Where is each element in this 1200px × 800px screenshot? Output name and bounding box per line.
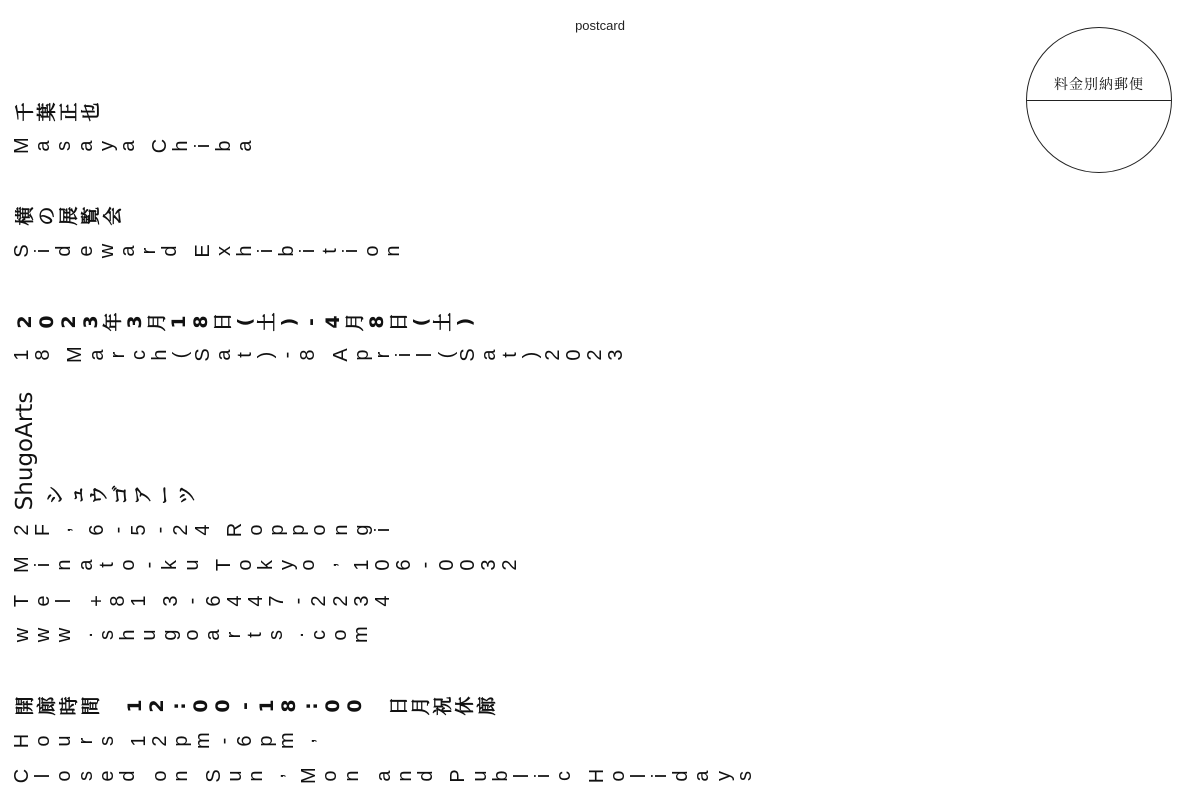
glyph: 4: [225, 593, 245, 609]
glyph: 1: [352, 557, 372, 573]
glyph: C: [150, 138, 170, 154]
glyph: [367, 695, 387, 717]
glyph: 休: [455, 695, 475, 717]
glyph: n: [383, 243, 403, 259]
glyph: i: [373, 522, 393, 538]
glyph: 2: [309, 593, 329, 609]
glyph: r: [76, 733, 96, 749]
glyph: i: [298, 243, 318, 259]
glyph: .: [287, 627, 307, 643]
glyph: ): [521, 347, 541, 363]
glyph: g: [352, 522, 372, 538]
glyph: -: [415, 557, 435, 573]
glyph: t: [245, 627, 265, 643]
glyph: R: [225, 522, 245, 538]
glyph: 正: [59, 101, 79, 123]
glyph: o: [608, 768, 628, 784]
glyph: :: [169, 695, 189, 717]
glyph: p: [256, 733, 276, 749]
glyph: シ: [45, 484, 65, 506]
glyph: 1: [129, 733, 149, 749]
artist-name-en: Masaya Chiba: [14, 133, 258, 159]
glyph: o: [309, 522, 329, 538]
glyph: 月: [411, 695, 431, 717]
glyph: 日: [213, 311, 233, 333]
glyph: 1: [125, 695, 145, 717]
glyph: A: [331, 347, 351, 363]
glyph: o: [150, 768, 170, 784]
glyph: r: [139, 243, 159, 259]
glyph: 8: [367, 311, 387, 333]
glyph: s: [735, 768, 755, 784]
closed-days-en: Closed on Sun, Mon and Public Holidays: [14, 763, 758, 789]
glyph: 6: [87, 522, 107, 538]
glyph: a: [203, 627, 223, 643]
glyph: (: [171, 347, 191, 363]
glyph: u: [139, 627, 159, 643]
glyph: m: [351, 627, 371, 643]
glyph: 2: [543, 347, 563, 363]
glyph: 0: [191, 695, 211, 717]
glyph: 0: [323, 695, 343, 717]
glyph: -: [108, 522, 128, 538]
glyph: .: [76, 627, 96, 643]
glyph: 祝: [433, 695, 453, 717]
glyph: 2: [331, 593, 351, 609]
glyph: 2: [585, 347, 605, 363]
glyph: y: [97, 138, 117, 154]
glyph: M: [12, 557, 32, 573]
glyph: 土: [257, 311, 277, 333]
glyph: m: [193, 733, 213, 749]
glyph: i: [193, 138, 213, 154]
glyph: C: [12, 768, 32, 784]
glyph: T: [214, 557, 234, 573]
glyph: n: [331, 522, 351, 538]
glyph: 3: [479, 557, 499, 573]
glyph: ウ: [89, 484, 109, 506]
glyph: h: [171, 138, 191, 154]
glyph: n: [246, 768, 266, 784]
glyph: a: [374, 768, 394, 784]
glyph: d: [54, 243, 74, 259]
glyph: 3: [81, 311, 101, 333]
glyph: l: [512, 768, 532, 784]
glyph: y: [714, 768, 734, 784]
glyph: 時: [59, 695, 79, 717]
glyph: S: [204, 768, 224, 784]
glyph: 間: [81, 695, 101, 717]
glyph: c: [129, 347, 149, 363]
glyph: 2: [59, 311, 79, 333]
glyph: i: [341, 243, 361, 259]
glyph: 2: [171, 522, 191, 538]
glyph: -: [235, 695, 255, 717]
glyph: b: [214, 138, 234, 154]
glyph: p: [267, 522, 287, 538]
glyph: 1: [169, 311, 189, 333]
glyph: 開: [15, 695, 35, 717]
gallery-address-line2: Minato-ku Tokyo, 106-0032: [14, 552, 523, 578]
glyph: 日: [389, 695, 409, 717]
postage-paid-text: 料金別納郵便: [1027, 74, 1171, 94]
glyph: 8: [191, 311, 211, 333]
glyph: c: [309, 627, 329, 643]
glyph: l: [415, 347, 435, 363]
glyph: 日: [389, 311, 409, 333]
glyph: S: [193, 347, 213, 363]
glyph: ツ: [177, 484, 197, 506]
opening-hours-jp: 開廊時間 12:00-18:00 日月祝休廊: [14, 693, 498, 719]
glyph: (: [411, 311, 431, 333]
glyph: T: [12, 593, 32, 609]
glyph: 月: [345, 311, 365, 333]
gallery-address-line1: 2F, 6-5-24 Roppongi: [14, 517, 396, 543]
glyph: 3: [606, 347, 626, 363]
exhibition-dates-jp: 2023年3月18日(土)-4月8日(土): [14, 309, 476, 335]
postcard-label: postcard: [0, 18, 1200, 33]
glyph: w: [54, 627, 74, 643]
gallery-name-en: ShugoArts: [10, 392, 40, 510]
glyph: 葉: [37, 101, 57, 123]
glyph: s: [266, 627, 286, 643]
glyph: 0: [564, 347, 584, 363]
glyph: h: [150, 347, 170, 363]
glyph: (: [437, 347, 457, 363]
glyph: 1: [12, 347, 32, 363]
glyph: 8: [108, 593, 128, 609]
glyph: H: [587, 768, 607, 784]
glyph: [103, 695, 123, 717]
glyph: a: [692, 768, 712, 784]
postage-paid-stamp: 料金別納郵便: [1026, 27, 1172, 173]
glyph: l: [33, 768, 53, 784]
glyph: p: [352, 347, 372, 363]
glyph: t: [235, 347, 255, 363]
glyph: o: [320, 768, 340, 784]
glyph: x: [214, 243, 234, 259]
glyph: 廊: [477, 695, 497, 717]
glyph: ー: [155, 484, 175, 506]
glyph: 0: [373, 557, 393, 573]
glyph: 0: [458, 557, 478, 573]
glyph: a: [235, 138, 255, 154]
glyph: e: [33, 593, 53, 609]
glyph: 廊: [37, 695, 57, 717]
glyph: t: [320, 243, 340, 259]
glyph: i: [533, 768, 553, 784]
exhibition-dates-en: 18 March(Sat)-8 April(Sat)2023: [14, 342, 629, 368]
stamp-divider: [1027, 100, 1171, 101]
glyph: S: [458, 347, 478, 363]
glyph: 4: [246, 593, 266, 609]
glyph: 千: [15, 101, 35, 123]
glyph: 3: [161, 593, 181, 609]
glyph: -: [301, 311, 321, 333]
exhibition-title-jp: 横の展覧会: [14, 203, 124, 229]
glyph: o: [33, 733, 53, 749]
glyph: s: [97, 627, 117, 643]
glyph: t: [500, 347, 520, 363]
glyph: -: [214, 733, 234, 749]
glyph: a: [87, 347, 107, 363]
glyph: p: [171, 733, 191, 749]
glyph: ): [256, 347, 276, 363]
glyph: 0: [437, 557, 457, 573]
glyph: 7: [267, 593, 287, 609]
glyph: ): [279, 311, 299, 333]
glyph: 0: [345, 695, 365, 717]
glyph: n: [54, 557, 74, 573]
glyph: 2: [147, 695, 167, 717]
gallery-website: www.shugoarts.com: [14, 622, 374, 648]
glyph: の: [37, 205, 57, 227]
glyph: ): [455, 311, 475, 333]
glyph: 月: [147, 311, 167, 333]
glyph: 3: [125, 311, 145, 333]
glyph: S: [12, 243, 32, 259]
glyph: 覧: [81, 205, 101, 227]
glyph: l: [629, 768, 649, 784]
glyph: M: [12, 138, 32, 154]
glyph: d: [671, 768, 691, 784]
glyph: ゴ: [111, 484, 131, 506]
glyph: r: [108, 347, 128, 363]
glyph: a: [33, 138, 53, 154]
glyph: +: [87, 593, 107, 609]
glyph: 2: [150, 733, 170, 749]
glyph: e: [97, 768, 117, 784]
glyph: i: [33, 557, 53, 573]
glyph: i: [650, 768, 670, 784]
glyph: o: [182, 627, 202, 643]
glyph: o: [118, 557, 138, 573]
glyph: n: [395, 768, 415, 784]
glyph: ,: [298, 733, 318, 749]
glyph: 4: [373, 593, 393, 609]
glyph: h: [235, 243, 255, 259]
glyph: M: [299, 768, 319, 784]
glyph: -: [139, 557, 159, 573]
glyph: h: [118, 627, 138, 643]
glyph: 0: [213, 695, 233, 717]
glyph: ュ: [67, 484, 87, 506]
glyph: o: [235, 557, 255, 573]
glyph: w: [33, 627, 53, 643]
glyph: 土: [433, 311, 453, 333]
glyph: w: [12, 627, 32, 643]
exhibition-title-en: Sideward Exhibition: [14, 238, 406, 264]
glyph: i: [394, 347, 414, 363]
glyph: s: [54, 138, 74, 154]
glyph: a: [214, 347, 234, 363]
glyph: a: [118, 243, 138, 259]
glyph: p: [288, 522, 308, 538]
glyph: E: [193, 243, 213, 259]
glyph: k: [160, 557, 180, 573]
glyph: r: [224, 627, 244, 643]
glyph: b: [277, 243, 297, 259]
glyph: i: [256, 243, 276, 259]
glyph: m: [277, 733, 297, 749]
glyph: k: [256, 557, 276, 573]
glyph: 6: [204, 593, 224, 609]
gallery-telephone: Tel +81 3-6447-2234: [14, 588, 396, 614]
glyph: 1: [257, 695, 277, 717]
opening-hours-en: Hours 12pm-6pm,: [14, 728, 322, 754]
glyph: a: [76, 557, 96, 573]
glyph: u: [54, 733, 74, 749]
glyph: t: [97, 557, 117, 573]
glyph: 6: [394, 557, 414, 573]
gallery-name-en-text: ShugoArts: [12, 392, 38, 511]
glyph: -: [150, 522, 170, 538]
glyph: 也: [81, 101, 101, 123]
glyph: (: [235, 311, 255, 333]
glyph: 3: [352, 593, 372, 609]
glyph: F: [33, 522, 53, 538]
glyph: -: [288, 593, 308, 609]
glyph: 2: [500, 557, 520, 573]
glyph: e: [76, 243, 96, 259]
glyph: 年: [103, 311, 123, 333]
glyph: o: [298, 557, 318, 573]
glyph: y: [277, 557, 297, 573]
glyph: 会: [103, 205, 123, 227]
glyph: -: [182, 593, 202, 609]
glyph: 4: [323, 311, 343, 333]
glyph: u: [225, 768, 245, 784]
glyph: g: [160, 627, 180, 643]
glyph: 5: [129, 522, 149, 538]
glyph: :: [301, 695, 321, 717]
glyph: a: [479, 347, 499, 363]
glyph: 2: [12, 522, 32, 538]
glyph: o: [54, 768, 74, 784]
glyph: b: [491, 768, 511, 784]
glyph: u: [470, 768, 490, 784]
glyph: H: [12, 733, 32, 749]
glyph: o: [330, 627, 350, 643]
glyph: 6: [235, 733, 255, 749]
glyph: o: [362, 243, 382, 259]
glyph: a: [76, 138, 96, 154]
artist-name-jp: 千葉正也: [14, 99, 102, 125]
gallery-name-jp: シュウゴアーツ: [44, 482, 198, 508]
glyph: 展: [59, 205, 79, 227]
glyph: 2: [15, 311, 35, 333]
glyph: ア: [133, 484, 153, 506]
glyph: o: [246, 522, 266, 538]
glyph: P: [448, 768, 468, 784]
glyph: i: [33, 243, 53, 259]
glyph: 8: [279, 695, 299, 717]
glyph: 横: [15, 205, 35, 227]
glyph: w: [97, 243, 117, 259]
glyph: s: [76, 768, 96, 784]
glyph: -: [277, 347, 297, 363]
glyph: r: [373, 347, 393, 363]
glyph: M: [65, 347, 85, 363]
glyph: 0: [37, 311, 57, 333]
